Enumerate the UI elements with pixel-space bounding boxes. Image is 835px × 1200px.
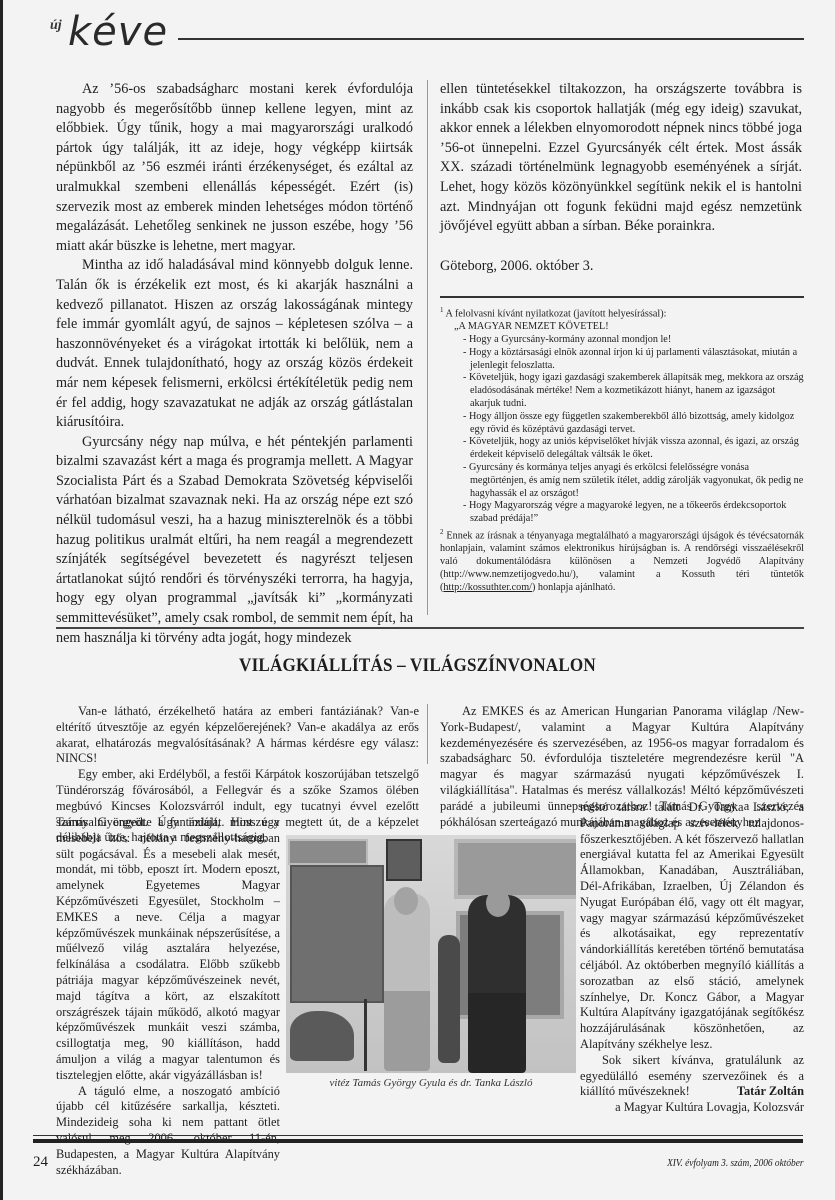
painting: [386, 839, 422, 881]
footnote-1: 1 A felolvasni kívánt nyilatkozat (javít…: [440, 304, 804, 321]
easel-stand: [364, 999, 367, 1071]
footnotes: 1 A felolvasni kívánt nyilatkozat (javít…: [440, 304, 804, 594]
issue-info: XIV. évfolyam 3. szám, 2006 október: [667, 1157, 803, 1169]
footnote-item: - Gyurcsány és kormánya teljes anyagi és…: [440, 462, 804, 500]
footnote-item: - Hogy a köztársasági elnök azonnal írjo…: [440, 347, 804, 373]
section-divider: [56, 627, 804, 629]
paragraph: Gyurcsány négy nap múlva, e hét péntekjé…: [56, 433, 413, 649]
logo-prefix: új: [50, 18, 62, 34]
magazine-logo: kéve: [68, 12, 168, 52]
paragraph: ellen tüntetésekkel tiltakozzon, ha orsz…: [440, 80, 802, 237]
article1-column-left: Az ’56-os szabadságharc mostani kerek év…: [56, 80, 413, 648]
painting-ships: [454, 839, 576, 899]
footnote-text: ) honlapja ajánlható.: [532, 582, 615, 593]
article2-column-right-narrow: méltó társra talált Dr. Tanka László, a …: [580, 800, 804, 1100]
paragraph: Tamás Györgyöt. Úgy indult, mint egy mes…: [56, 815, 280, 1084]
magazine-page: új kéve Az ’56-os szabadságharc mostani …: [0, 0, 835, 1200]
footnote-2: 2 Ennek az írásnak a tényanyaga megtalál…: [440, 526, 804, 594]
footnote-rule: [440, 296, 804, 298]
footer-rule-thick: [33, 1139, 803, 1143]
statue: [438, 935, 460, 1063]
paragraph: Van-e látható, érzékelhető határa az emb…: [56, 704, 419, 767]
footnote-item: - Követeljük, hogy igazi gazdasági szake…: [440, 372, 804, 410]
article2-column-left-narrow: Tamás Györgyöt. Úgy indult, mint egy mes…: [56, 815, 280, 1178]
head: [394, 887, 418, 915]
kossuthter-link[interactable]: http://kossuthter.com/: [443, 582, 532, 593]
dateline: Göteborg, 2006. október 3.: [440, 257, 802, 277]
footnote-marker: 1: [440, 306, 444, 314]
page-number: 24: [33, 1154, 48, 1171]
photo-caption: vitéz Tamás György Gyula és dr. Tanka Lá…: [286, 1077, 576, 1089]
paragraph: Az ’56-os szabadságharc mostani kerek év…: [56, 80, 413, 256]
footnote-intro: A felolvasni kívánt nyilatkozat (javítot…: [445, 308, 666, 319]
paragraph: A táguló elme, a noszogató ambíció újabb…: [56, 1084, 280, 1179]
person-left: [384, 893, 430, 1071]
painting: [288, 839, 368, 865]
footnote-item: - Hogy Magyarország végre a magyaroké le…: [440, 500, 804, 526]
gallery-photo: [286, 835, 576, 1073]
bronze-relief: [290, 865, 384, 1003]
header-rule: [178, 38, 804, 40]
footer-rule-thin: [33, 1135, 803, 1136]
head: [486, 889, 510, 917]
column-divider: [427, 80, 428, 615]
person-right: [468, 895, 526, 1073]
article1-column-right: ellen tüntetésekkel tiltakozzon, ha orsz…: [440, 80, 802, 276]
article-title: VILÁGKIÁLLÍTÁS – VILÁGSZÍNVONALON: [42, 655, 794, 677]
paragraph: méltó társra talált Dr. Tanka László, a …: [580, 800, 804, 1053]
footnote-item: - Követeljük, hogy az uniós képviselőket…: [440, 436, 804, 462]
footnote-heading: „A MAGYAR NEMZET KÖVETEL!: [440, 321, 804, 334]
footnote-marker: 2: [440, 528, 444, 536]
scan-edge: [0, 0, 3, 1200]
author-affiliation: a Magyar Kultúra Lovagja, Kolozsvár: [440, 1100, 804, 1116]
footnote-item: - Hogy álljon össze egy független szakem…: [440, 411, 804, 437]
column-divider: [427, 704, 428, 764]
paragraph: Mintha az idő haladásával mind könnyebb …: [56, 256, 413, 432]
horse-sculpture: [290, 1011, 354, 1061]
footnote-item: - Hogy a Gyurcsány-kormány azonnal mondj…: [440, 334, 804, 347]
